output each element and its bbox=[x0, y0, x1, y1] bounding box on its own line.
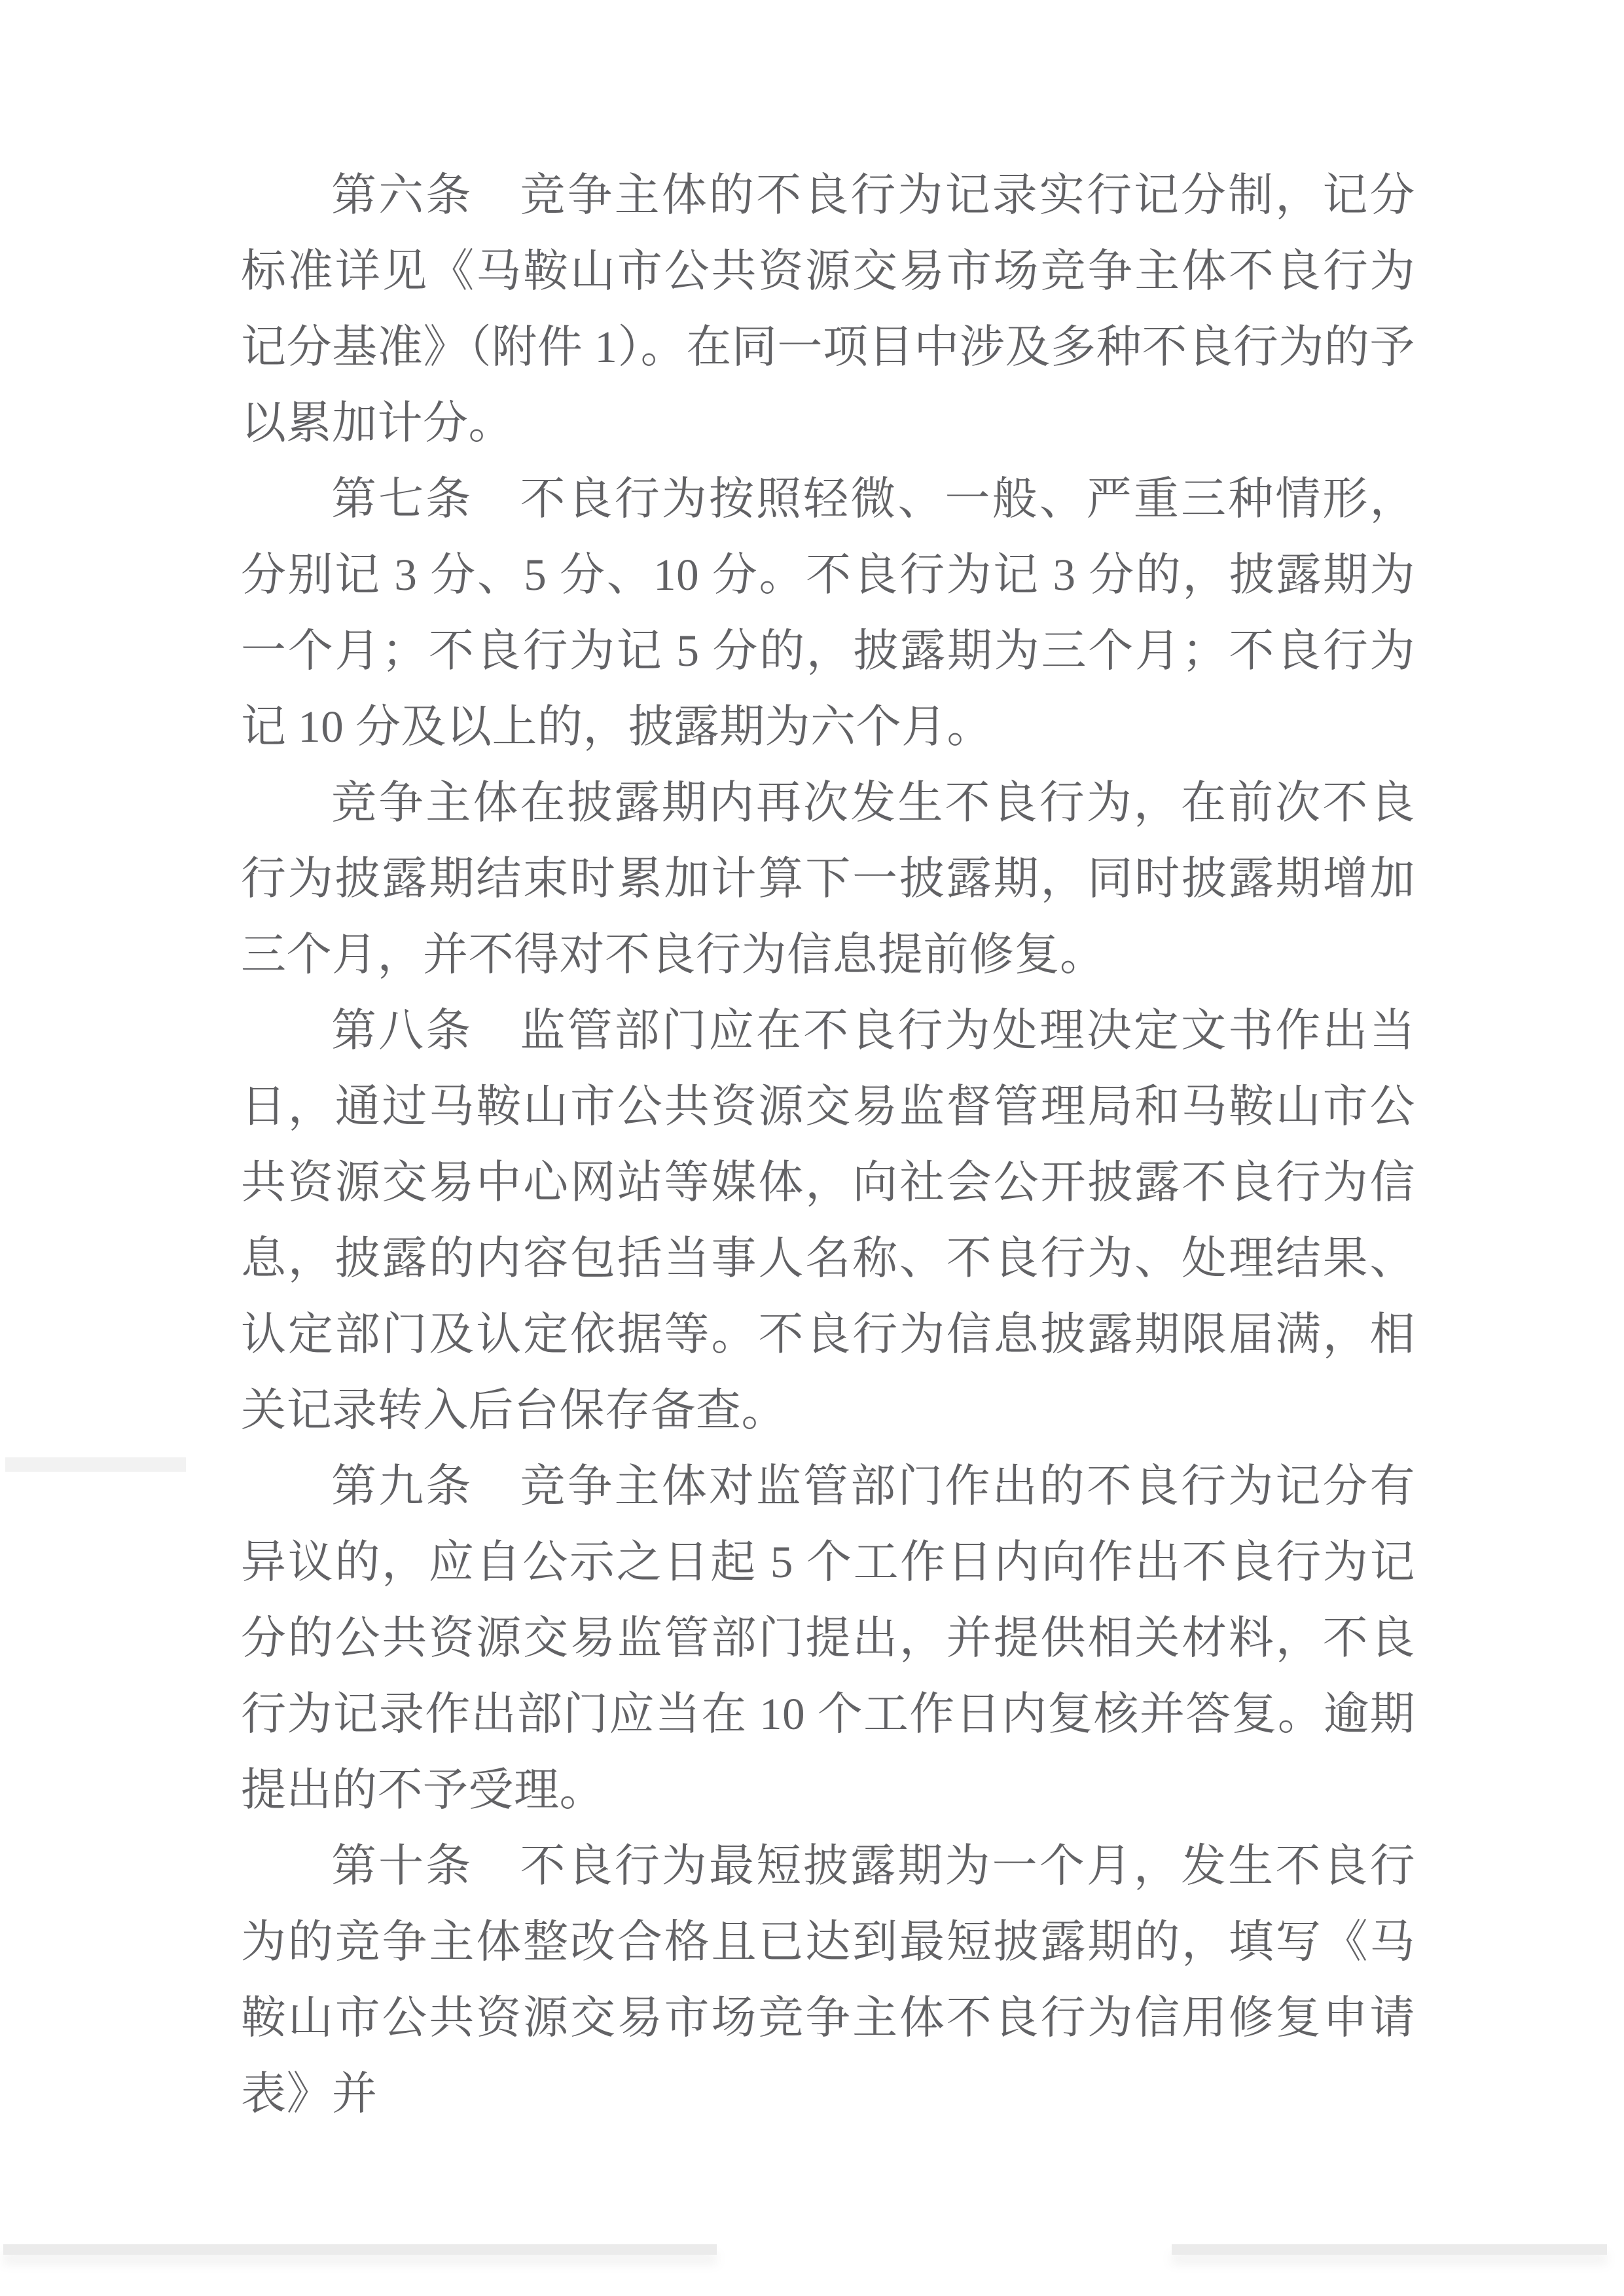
scan-artifact-band-bottom-left bbox=[3, 2244, 717, 2255]
paragraph-article-7: 第七条 不良行为按照轻微、一般、严重三种情形，分别记 3 分、5 分、10 分。… bbox=[241, 461, 1415, 765]
paragraph-article-8: 第八条 监管部门应在不良行为处理决定文书作出当日，通过马鞍山市公共资源交易监督管… bbox=[241, 993, 1415, 1448]
scan-artifact-band-left bbox=[5, 1457, 186, 1472]
paragraph-article-7-continued: 竞争主体在披露期内再次发生不良行为，在前次不良行为披露期结束时累加计算下一披露期… bbox=[241, 765, 1415, 993]
paragraph-article-6: 第六条 竞争主体的不良行为记录实行记分制，记分标准详见《马鞍山市公共资源交易市场… bbox=[241, 157, 1415, 461]
paragraph-article-10: 第十条 不良行为最短披露期为一个月，发生不良行为的竞争主体整改合格且已达到最短披… bbox=[241, 1828, 1415, 2132]
paragraph-article-9: 第九条 竞争主体对监管部门作出的不良行为记分有异议的，应自公示之日起 5 个工作… bbox=[241, 1448, 1415, 1828]
scan-artifact-band-bottom-right bbox=[1172, 2244, 1607, 2255]
document-page: 第六条 竞争主体的不良行为记录实行记分制，记分标准详见《马鞍山市公共资源交易市场… bbox=[0, 0, 1624, 2296]
page-text-block: 第六条 竞争主体的不良行为记录实行记分制，记分标准详见《马鞍山市公共资源交易市场… bbox=[241, 157, 1415, 2132]
